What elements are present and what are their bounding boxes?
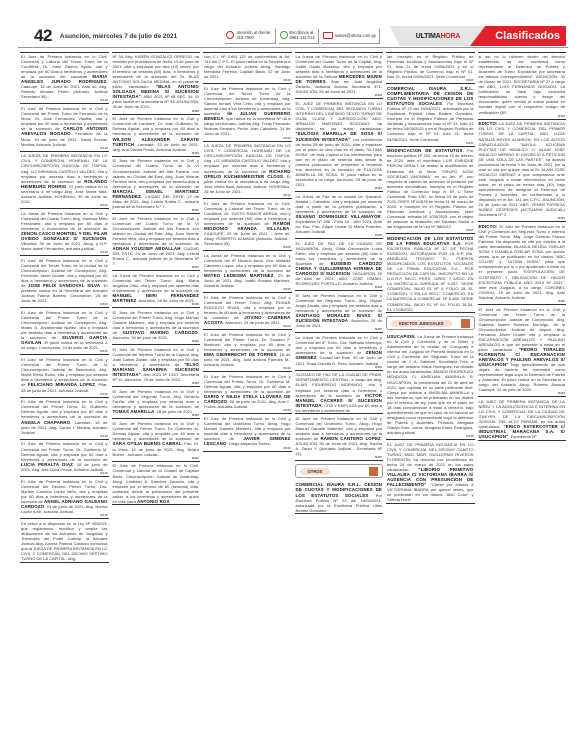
legal-notice: La Jueza de Primera Instancia en lo Civi… xyxy=(295,52,384,99)
notice-code: R440 xyxy=(296,187,383,191)
phone-icon xyxy=(226,31,234,39)
notice-code: R440 xyxy=(113,457,200,461)
notice-tail: . La Jueza de Primera Instancia en lo Ci… xyxy=(387,334,474,435)
notice-code: R440 xyxy=(204,137,291,141)
notice-text: El Juez de Primera Instancia en lo Civil… xyxy=(113,158,200,188)
page-header: 42 Asunción, miércoles 7 de julio de 202… xyxy=(18,26,566,46)
notice-text: La Jueza de Primera Instancia en lo Civi… xyxy=(113,273,200,293)
notice-text: si así no lo hicieren dentro del término… xyxy=(479,54,566,115)
notice-tail: . Por escritura pública Nº 252, de fecha… xyxy=(387,148,474,229)
notice-code: R440 xyxy=(21,350,108,354)
legal-notice: El Juez de Primera Instancia en lo Civil… xyxy=(20,257,109,308)
notice-code: R443 xyxy=(21,147,108,151)
legal-notice: La Jueza de Primera Instancia en lo Civi… xyxy=(20,210,109,256)
notice-text: La Jueza de Primera Instancia en lo Civi… xyxy=(21,211,108,231)
column-3: con C.I. Nº 2.661.123 de conformidad al … xyxy=(203,52,292,720)
whatsapp-number: 0981 111 013 xyxy=(290,35,315,40)
legal-notice: Nº 34, Abg. KAREN GONZÁLEZ ORREGO, ha re… xyxy=(112,52,201,115)
notice-highlight: ANTONIO ROA xyxy=(137,499,170,504)
notice-code: R436 xyxy=(113,110,200,114)
column-2: Nº 34, Abg. KAREN GONZÁLEZ ORREGO, ha re… xyxy=(112,52,201,720)
legal-notice: El Juez de Primera Instancia en lo Civil… xyxy=(20,356,109,397)
legal-notice: COMERCIAL ISAURA S.R.L. CESION DE CUOTAS… xyxy=(295,481,384,514)
notice-code: R440 xyxy=(479,392,566,396)
notice-tail: . Diego Alejandro Torres. xyxy=(227,441,271,446)
notice-text: El Juez de Primera Instancia en lo Civil… xyxy=(113,463,200,503)
notice-code: R440 xyxy=(113,382,200,386)
brand-part-2: HORA xyxy=(440,33,460,40)
notice-code: R440 xyxy=(204,409,291,413)
column-5: las. Inscripto en el Registro Público de… xyxy=(386,52,475,720)
legal-notice: La Jueza de Primera Instancia en lo Civi… xyxy=(203,252,292,293)
legal-notice: El Juez de Primera Instancia en lo Civil… xyxy=(203,373,292,414)
column-4: La Jueza de Primera Instancia en lo Civi… xyxy=(295,52,384,720)
section-title: Clasificados xyxy=(495,30,560,42)
legal-notice: El Juez de Primera Instancia en lo Civil… xyxy=(112,388,201,419)
notice-text: El Juez de Primera Instancia en lo Civil… xyxy=(479,307,566,352)
notice-code: R440 xyxy=(21,472,108,476)
section-marker-icon xyxy=(461,319,470,328)
section-label: EDICTOS JUDICIALES xyxy=(391,320,452,327)
notice-tail: El Juez de Primera Instancia en lo Civil… xyxy=(479,224,566,300)
notice-code: R440 xyxy=(113,266,200,270)
notice-code: R440 xyxy=(296,94,383,98)
notice-tail: . Asunción, 24 de junio de 2021. xyxy=(223,320,281,325)
notice-code: R440 xyxy=(21,303,108,307)
notice-code: R437 xyxy=(387,79,474,83)
notice-tail: . Por Escritura Pública Nº 22 del 19/04/… xyxy=(387,101,474,141)
notice-code: R440 xyxy=(204,447,291,451)
notice-code: R443 xyxy=(21,99,108,103)
legal-notice: El Juez de Primera Instancia en lo Civil… xyxy=(203,415,292,451)
legal-notice: El Juez de Primera Instancia en lo Civil… xyxy=(20,398,109,439)
notice-code: R440 xyxy=(204,194,291,198)
legal-notice: El Juez de Primera Instancia en lo Civil… xyxy=(112,115,201,156)
legal-notice: EL JUEZ DE PAZ DE LA CIUDAD DE YAGUARÓN,… xyxy=(295,240,384,291)
notice-code: R430 xyxy=(113,209,200,213)
notice-code: R446 xyxy=(479,115,566,119)
legal-notice: JUZGADO DE PAZ DE LA CIUDAD DE FRAM, DEP… xyxy=(295,371,384,414)
notice-code: R440 xyxy=(296,234,383,238)
notice-code: R440 xyxy=(21,204,108,208)
section-label: OTROS xyxy=(300,468,331,475)
legal-notice: con C.I. Nº 2.661.123 de conformidad al … xyxy=(203,52,292,84)
notice-highlight: TOMAS AMARILLA xyxy=(113,409,155,414)
notice-text: El Juez de Primera Instancia en lo Civil… xyxy=(21,399,108,419)
notice-code: R437 xyxy=(387,142,474,146)
notice-code: R440 xyxy=(296,328,383,332)
notice-text: con C.I. Nº 2.661.123 de conformidad al … xyxy=(204,54,291,79)
contact-strip: Atención al cliente: 415 7000 Escribinos… xyxy=(225,29,380,44)
notice-code: R440 xyxy=(296,286,383,290)
notice-code: R440 xyxy=(21,393,108,397)
notice-text: EL JUEZ DE PRIMERA INSTANCIA EN LO CIVIL… xyxy=(296,101,383,131)
legal-notice: EL JUEZ DE PRIMERA INSTANCIA EN LO CIVIL… xyxy=(386,441,475,504)
notice-code: R440 xyxy=(113,152,200,156)
notice-text: El Juez de Primera Instancia en lo Civil… xyxy=(113,421,200,441)
legal-notice: MODIFICACION DE LOS ESTATUTOS DE LA FIRM… xyxy=(386,235,475,313)
legal-notice: El Juez de Primera Instancia en lo Civil… xyxy=(478,306,567,398)
legal-notice: El Juez de Primera Instancia en lo Civil… xyxy=(20,52,109,104)
customer-service-phone: 415 7000 xyxy=(236,35,271,40)
legal-notice: El Juez de Primera Instancia en lo Civil… xyxy=(112,157,201,213)
notice-code: R440 xyxy=(296,366,383,370)
legal-notice: USUCAPION. La Jueza de Primera Instancia… xyxy=(386,333,475,440)
legal-notice: El Juez de Primera Instancia en lo Civil… xyxy=(20,478,109,519)
notice-code: R440 xyxy=(113,414,200,418)
notice-text: La Jueza de Primera Instancia en lo Civi… xyxy=(204,253,291,273)
legal-notice: las. Inscripto en el Registro Público de… xyxy=(386,52,475,84)
notice-code: R437 xyxy=(387,229,474,233)
whatsapp-contact[interactable]: Escribinos al 0981 111 013 xyxy=(279,29,319,44)
legal-notice: El Juez de Primera Instancia en lo Civil… xyxy=(20,309,109,355)
notice-text: El Juez de Primera Instancia en lo Civil… xyxy=(113,216,200,246)
email-address: avisos@uhora.com.py xyxy=(335,33,377,38)
section-banner: Clasificados xyxy=(470,26,566,46)
legal-notice: El Juez de Primera Instancia en lo Civil… xyxy=(112,420,201,461)
legal-notice: La Jueza de Primera Instancia en lo Civi… xyxy=(295,334,384,370)
legal-notice: El Juez de Primera Instancia en lo Civil… xyxy=(20,440,109,476)
legal-notice: El Juez de Primera Instancia en lo Civil… xyxy=(203,200,292,251)
legal-notice: EDICTO: LA JUEZ DE PRIMERA INSTANCIA EN … xyxy=(478,120,567,222)
notice-text: El Juez de Primera Instancia en lo Civil… xyxy=(113,116,200,136)
legal-notice: LA JUEZ DE PRIMERA INSTANCIA DE LA NIÑEZ… xyxy=(478,398,567,441)
legal-notice: La Jueza de Primera Instancia en lo Civi… xyxy=(112,272,201,308)
header-divider xyxy=(18,47,568,48)
legal-notice: En virtud a lo dispuesto en la Ley Nº 49… xyxy=(20,520,109,563)
notice-code: R440 xyxy=(113,340,200,344)
notice-text: las. Inscripto en el Registro Público de… xyxy=(387,54,474,79)
notice-code: R440 xyxy=(296,456,383,460)
notice-code: R440 xyxy=(204,325,291,329)
legal-notice: El Juez de Primera Instancia en lo Civil… xyxy=(203,294,292,330)
legal-notice: LA JUEZA DE PRIMERA INSTANCIA EN LO CIVI… xyxy=(203,142,292,198)
customer-service-contact[interactable]: Atención al cliente: 415 7000 xyxy=(225,29,275,44)
legal-notice: El Juez de Primera Instancia en lo Civil… xyxy=(112,309,201,345)
section-header-otros: OTROS xyxy=(295,464,384,478)
notice-tail: POR ESCRITURA PÚBLICA Nº 17 DE FECHA 03/… xyxy=(387,241,474,312)
email-contact[interactable]: avisos@uhora.com.py xyxy=(322,29,381,44)
notice-tail: . Asunción, 28 de Junio de 2021. xyxy=(136,298,195,303)
mail-icon xyxy=(323,32,333,39)
legal-notice: EL JUEZ DE PRIMERA INSTANCIA EN LO CIVIL… xyxy=(295,100,384,192)
whatsapp-icon xyxy=(280,31,288,39)
notice-tail: , por providencia de fecha 25 de junio d… xyxy=(296,137,383,187)
legal-notice: El Juez de Primera Instancia en lo Civil… xyxy=(295,292,384,333)
legal-notice: La Jueza de Paz de la ciudad de Ypacaraí… xyxy=(295,193,384,239)
page-bottom-margin xyxy=(0,720,580,756)
legal-notice: EDICTO: El Juez de Primera Instancia en … xyxy=(478,223,567,305)
notice-text: El Juez de Primera Instancia en lo Civil… xyxy=(21,441,108,461)
notice-code: R440 xyxy=(21,251,108,255)
notice-code: R440 xyxy=(479,217,566,221)
notice-highlight: MODIFICACION DE LOS ESTATUTOS DE LA FIRM… xyxy=(387,236,474,246)
notice-text: El Juez de Primera Instancia en lo Civil… xyxy=(113,389,200,409)
legal-notice: MODIFICACION DE ESTATUTOS. Por escritura… xyxy=(386,147,475,234)
column-1: El Juez de Primera Instancia en lo Civil… xyxy=(20,52,109,720)
notice-code: R440 xyxy=(21,435,108,439)
notice-text: El Juez de Primera Instancia en lo Civil… xyxy=(296,293,383,313)
notice-text: La Jueza de Paz de la ciudad de Ypacaraí… xyxy=(296,194,383,214)
legal-notice: El Juez de Primera Instancia en lo Civil… xyxy=(203,331,292,372)
notice-code: R440 xyxy=(387,435,474,439)
classifieds-columns: El Juez de Primera Instancia en lo Civil… xyxy=(20,52,566,720)
notice-tail: . 28 de junio de 2021. xyxy=(154,409,193,414)
legal-notice: LA JUEZA DE PRIMERA INSTANCIA EN LO CIVI… xyxy=(20,152,109,208)
publication-date: Asunción, miércoles 7 de julio de 2021 xyxy=(60,33,177,40)
notice-code: R436 xyxy=(204,246,291,250)
legal-notice: El Juez de Primera Instancia en lo Civil… xyxy=(203,85,292,141)
notice-tail: bajo apercibimiento de que dejare de hac… xyxy=(479,362,566,392)
notice-code: R440 xyxy=(113,303,200,307)
notice-code: R440 xyxy=(204,79,291,83)
legal-notice: El Juez de Primera Instancia en lo Civil… xyxy=(20,105,109,151)
notice-text: En virtud a lo dispuesto en la Ley Nº 49… xyxy=(21,521,108,561)
notice-text: El Juez de Primera Instancia en lo Civil… xyxy=(204,374,291,394)
section-marker-icon xyxy=(369,467,378,476)
masthead: ULTIMAHORA Clasificados xyxy=(390,26,566,46)
section-header-edictos-judiciales: EDICTOS JUDICIALES xyxy=(386,316,475,330)
notice-code: R440 xyxy=(204,288,291,292)
brand-part-1: ULTIMA xyxy=(416,33,441,40)
page-number: 42 xyxy=(34,26,52,46)
legal-notice: El Juez de Primera Instancia en lo Civil… xyxy=(112,215,201,271)
legal-notice: COMERCIAL ISAURA S.R.L. COMPLIMENTARIA D… xyxy=(386,85,475,147)
notice-code: R440 xyxy=(204,367,291,371)
notice-text: El Juez de Primera Instancia en lo Civil… xyxy=(204,332,291,352)
legal-notice: El Juez de Primera Instancia en lo Civil… xyxy=(112,346,201,387)
legal-notice: El Juez de Primera Instancia en lo Civil… xyxy=(112,462,201,505)
brand-logo: ULTIMAHORA xyxy=(390,26,486,46)
column-6: si así no lo hicieren dentro del término… xyxy=(478,52,567,720)
notice-tail: . Expediente Nº xyxy=(508,434,536,439)
notice-code: R440 xyxy=(479,300,566,304)
notice-code: R440 xyxy=(21,514,108,518)
legal-notice: El Juez de Primera Instancia en lo Civil… xyxy=(295,415,384,461)
legal-notice: si así no lo hicieren dentro del término… xyxy=(478,52,567,120)
notice-highlight: ZENON CASCO MONTIEL Y DEL PILAR OVIEDO G… xyxy=(21,231,108,241)
notice-tail: LA JUEZ DE PRIMERA INSTANCIA EN LO CIVIL… xyxy=(479,121,566,217)
